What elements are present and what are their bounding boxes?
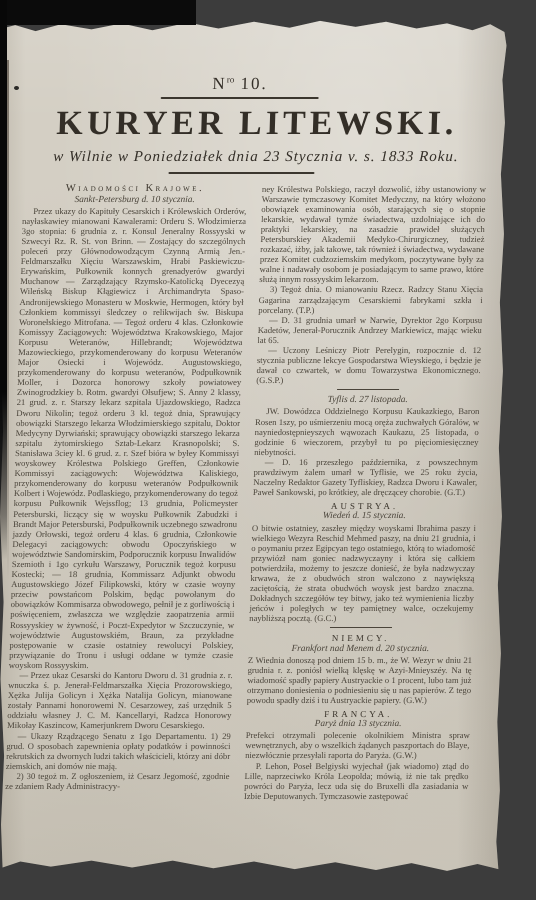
body-paragraph: Przez ukazy do Kapituły Cesarskich i Kró… xyxy=(9,206,247,670)
body-paragraph: ney Królestwa Polskiego, raczył dozwolić… xyxy=(259,184,486,285)
page-content: Nro 10. KURYER LITEWSKI. w Wilnie w Poni… xyxy=(0,20,508,876)
section-dateline: Sankt-Petersburg d. 10 stycznia. xyxy=(23,195,247,205)
masthead-rule-bottom xyxy=(168,172,314,174)
body-paragraph: P. Lehon, Poseł Belgiyski wyjechał (jak … xyxy=(244,761,469,801)
body-paragraph: 2) 30 tegoż m. Z ogłoszeniem, iż Cesarz … xyxy=(5,771,230,791)
issue-prefix: N xyxy=(212,74,227,93)
section-divider xyxy=(337,389,399,390)
body-paragraph: — Uczony Leśniczy Piotr Perelygin, rozpo… xyxy=(256,345,481,385)
section-divider xyxy=(330,627,392,628)
issue-number: Nro 10. xyxy=(8,74,473,94)
issue-superscript: ro xyxy=(227,74,235,84)
body-paragraph: O bitwie ostatniey, zaszłey między woysk… xyxy=(249,523,476,624)
column-left: Wiadomości Krajowe. Sankt-Petersburg d. … xyxy=(5,184,247,801)
section-dateline: Wiedeń d. 15 stycznia. xyxy=(252,511,476,521)
newspaper-title: KURYER LITEWSKI. xyxy=(24,105,489,143)
section-dateline: Paryż dnia 13 stycznia. xyxy=(246,719,470,729)
body-paragraph: — Ukazy Rządzącego Senatu z 1go Departam… xyxy=(6,731,231,771)
section-heading: Niemcy. xyxy=(248,633,472,643)
section-heading: Francya. xyxy=(246,709,470,719)
body-paragraph: JW. Dowódzca Oddzielnego Korpusu Kaukazk… xyxy=(254,406,479,456)
body-paragraph: Z Wiednia donoszą pod dniem 15 b. m., że… xyxy=(247,655,472,705)
scan-edge-left xyxy=(0,0,7,560)
issue-value: 10. xyxy=(240,74,268,93)
section-heading: Wiadomości Krajowe. xyxy=(23,184,247,194)
section-dateline: Frankfort nad Menem d. 20 stycznia. xyxy=(248,644,472,654)
section-dateline: Tyflis d. 27 listopada. xyxy=(256,395,480,405)
scan-edge-top xyxy=(0,0,196,25)
masthead-dateline: w Wilnie w Poniedziałek dnia 23 Stycznia… xyxy=(24,149,489,166)
body-paragraph: — Przez ukaz Cesarski do Kantoru Dworu d… xyxy=(7,670,233,731)
body-paragraph: — D. 31 grudnia umarł w Narwie, Dyrektor… xyxy=(257,315,482,345)
section-heading: Austrya. xyxy=(252,501,476,511)
scan-background: Nro 10. KURYER LITEWSKI. w Wilnie w Poni… xyxy=(0,0,536,900)
body-paragraph: 3) Tegoż dnia. O mianowaniu Rzecz. Radzc… xyxy=(258,284,483,314)
body-paragraph: — D. 16 przeszłego października, z powsz… xyxy=(253,457,478,497)
masthead: Nro 10. KURYER LITEWSKI. w Wilnie w Poni… xyxy=(23,74,490,174)
columns: Wiadomości Krajowe. Sankt-Petersburg d. … xyxy=(5,184,487,801)
masthead-rule-top xyxy=(161,97,319,99)
newspaper-page: Nro 10. KURYER LITEWSKI. w Wilnie w Poni… xyxy=(0,20,508,876)
column-right: ney Królestwa Polskiego, raczył dozwolić… xyxy=(244,184,486,801)
body-paragraph: Prefekci otrzymali polecenie okolnikiem … xyxy=(245,730,470,760)
